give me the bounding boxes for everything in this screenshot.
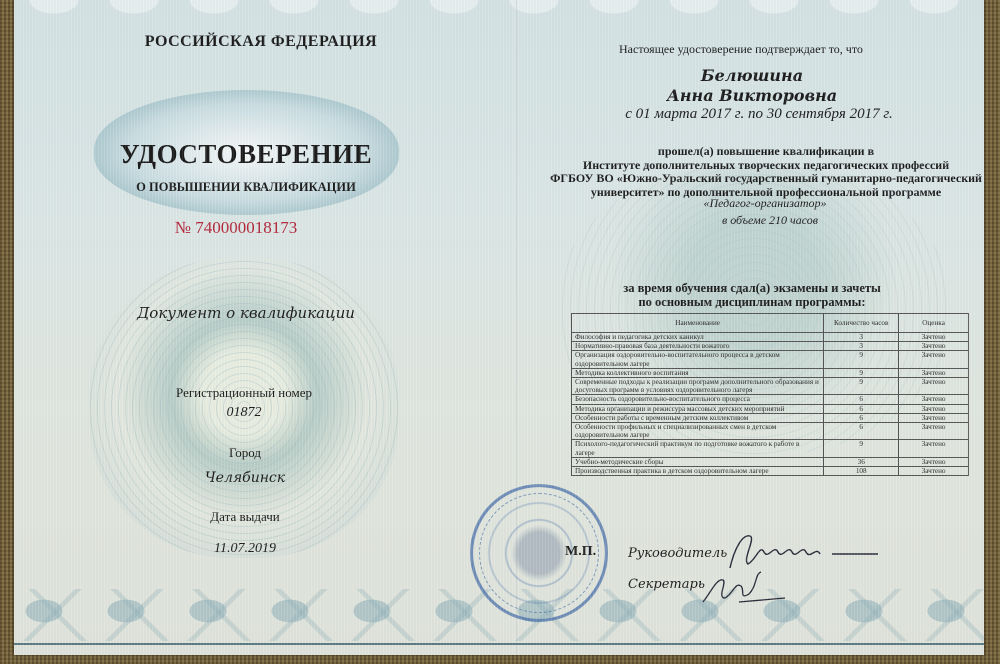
hours-cell: 3	[824, 333, 899, 342]
discipline-name-cell: Нормативно-правовая база деятельности во…	[572, 342, 824, 351]
table-row: Современные подходы к реализации програм…	[572, 378, 969, 395]
head-signature	[720, 530, 880, 570]
hours-cell: 9	[824, 378, 899, 395]
hours-cell: 9	[824, 351, 899, 368]
bottom-border-line	[14, 643, 984, 645]
secretary-signature-label: Секретарь	[628, 577, 705, 592]
holder-surname: Белюшина	[701, 66, 803, 85]
statement-line: ФГБОУ ВО «Южно-Уральский государственный…	[550, 172, 982, 186]
grade-cell: Зачтено	[899, 378, 969, 395]
issue-date-label: Дата выдачи	[210, 509, 279, 525]
discipline-name-cell: Особенности профильных и специализирован…	[572, 423, 824, 440]
grade-cell: Зачтено	[899, 395, 969, 404]
seal-label: М.П.	[565, 544, 596, 560]
city-value: Челябинск	[205, 470, 285, 486]
country-heading: РОССИЙСКАЯ ФЕДЕРАЦИЯ	[145, 33, 377, 51]
secretary-signature	[699, 568, 789, 608]
hours-cell: 6	[824, 423, 899, 440]
certificate-title: УДОСТОВЕРЕНИЕ	[120, 139, 372, 170]
table-row: Нормативно-правовая база деятельности во…	[572, 342, 969, 351]
grade-cell: Зачтено	[899, 440, 969, 457]
discipline-name-cell: Безопасность оздоровительно-воспитательн…	[572, 395, 824, 404]
discipline-name-cell: Методика организации и режиссура массовы…	[572, 404, 824, 413]
table-row: Методика коллективного воспитания9Зачтен…	[572, 368, 969, 377]
registration-number-label: Регистрационный номер	[176, 385, 312, 401]
grade-cell: Зачтено	[899, 333, 969, 342]
grade-cell: Зачтено	[899, 467, 969, 476]
head-signature-label: Руководитель	[628, 546, 727, 561]
column-header-grade: Оценка	[899, 314, 969, 333]
certificate-number: № 740000018173	[175, 218, 297, 238]
discipline-name-cell: Психолого-педагогический практикум по по…	[572, 440, 824, 457]
certificate-subtitle: О ПОВЫШЕНИИ КВАЛИФИКАЦИИ	[136, 180, 356, 195]
grade-cell: Зачтено	[899, 342, 969, 351]
statement-line: Институте дополнительных творческих педа…	[550, 159, 982, 173]
column-header-hours: Количество часов	[824, 314, 899, 333]
grade-cell: Зачтено	[899, 457, 969, 466]
discipline-name-cell: Производственная практика в детском оздо…	[572, 467, 824, 476]
hours-cell: 36	[824, 457, 899, 466]
hours-cell: 9	[824, 368, 899, 377]
hours-cell: 6	[824, 404, 899, 413]
city-label: Город	[229, 445, 261, 461]
discipline-name-cell: Учебно-методические сборы	[572, 457, 824, 466]
program-volume: в объеме 210 часов	[722, 213, 818, 228]
grade-cell: Зачтено	[899, 423, 969, 440]
certificate-document: РОССИЙСКАЯ ФЕДЕРАЦИЯ УДОСТОВЕРЕНИЕ О ПОВ…	[14, 0, 984, 655]
document-kind: Документ о квалификации	[137, 304, 355, 322]
grade-cell: Зачтено	[899, 413, 969, 422]
table-row: Философия и педагогика детских каникул3З…	[572, 333, 969, 342]
top-ornament-border	[14, 0, 984, 36]
exams-intro: за время обучения сдал(а) экзамены и зач…	[623, 282, 881, 309]
column-header-name: Наименование	[572, 314, 824, 333]
hours-cell: 6	[824, 395, 899, 404]
table-row: Организация оздоровительно-воспитательно…	[572, 351, 969, 368]
discipline-name-cell: Современные подходы к реализации програм…	[572, 378, 824, 395]
table-row: Особенности профильных и специализирован…	[572, 423, 969, 440]
training-statement: прошел(а) повышение квалификации в Инсти…	[550, 145, 982, 199]
confirmation-text: Настоящее удостоверение подтверждает то,…	[619, 42, 863, 57]
table-body: Философия и педагогика детских каникул3З…	[572, 333, 969, 476]
program-name: «Педагог-организатор»	[703, 196, 826, 211]
exams-intro-line: по основным дисциплинам программы:	[623, 296, 881, 310]
table-row: Методика организации и режиссура массовы…	[572, 404, 969, 413]
exams-intro-line: за время обучения сдал(а) экзамены и зач…	[623, 282, 881, 296]
table-row: Безопасность оздоровительно-воспитательн…	[572, 395, 969, 404]
grade-cell: Зачтено	[899, 368, 969, 377]
discipline-name-cell: Особенности работы с временным детским к…	[572, 413, 824, 422]
table-row: Производственная практика в детском оздо…	[572, 467, 969, 476]
table-header-row: Наименование Количество часов Оценка	[572, 314, 969, 333]
hours-cell: 6	[824, 413, 899, 422]
table-row: Учебно-методические сборы36Зачтено	[572, 457, 969, 466]
study-period: с 01 марта 2017 г. по 30 сентября 2017 г…	[625, 106, 892, 123]
statement-line: прошел(а) повышение квалификации в	[550, 145, 982, 159]
table-row: Особенности работы с временным детским к…	[572, 413, 969, 422]
hours-cell: 9	[824, 440, 899, 457]
disciplines-table: Наименование Количество часов Оценка Фил…	[571, 313, 969, 476]
hours-cell: 3	[824, 342, 899, 351]
discipline-name-cell: Философия и педагогика детских каникул	[572, 333, 824, 342]
discipline-name-cell: Организация оздоровительно-воспитательно…	[572, 351, 824, 368]
grade-cell: Зачтено	[899, 351, 969, 368]
grade-cell: Зачтено	[899, 404, 969, 413]
registration-number-value: 01872	[227, 405, 262, 421]
discipline-name-cell: Методика коллективного воспитания	[572, 368, 824, 377]
hours-cell: 108	[824, 467, 899, 476]
issue-date-value: 11.07.2019	[214, 541, 276, 557]
holder-given-names: Анна Викторовна	[667, 86, 837, 105]
table-row: Психолого-педагогический практикум по по…	[572, 440, 969, 457]
